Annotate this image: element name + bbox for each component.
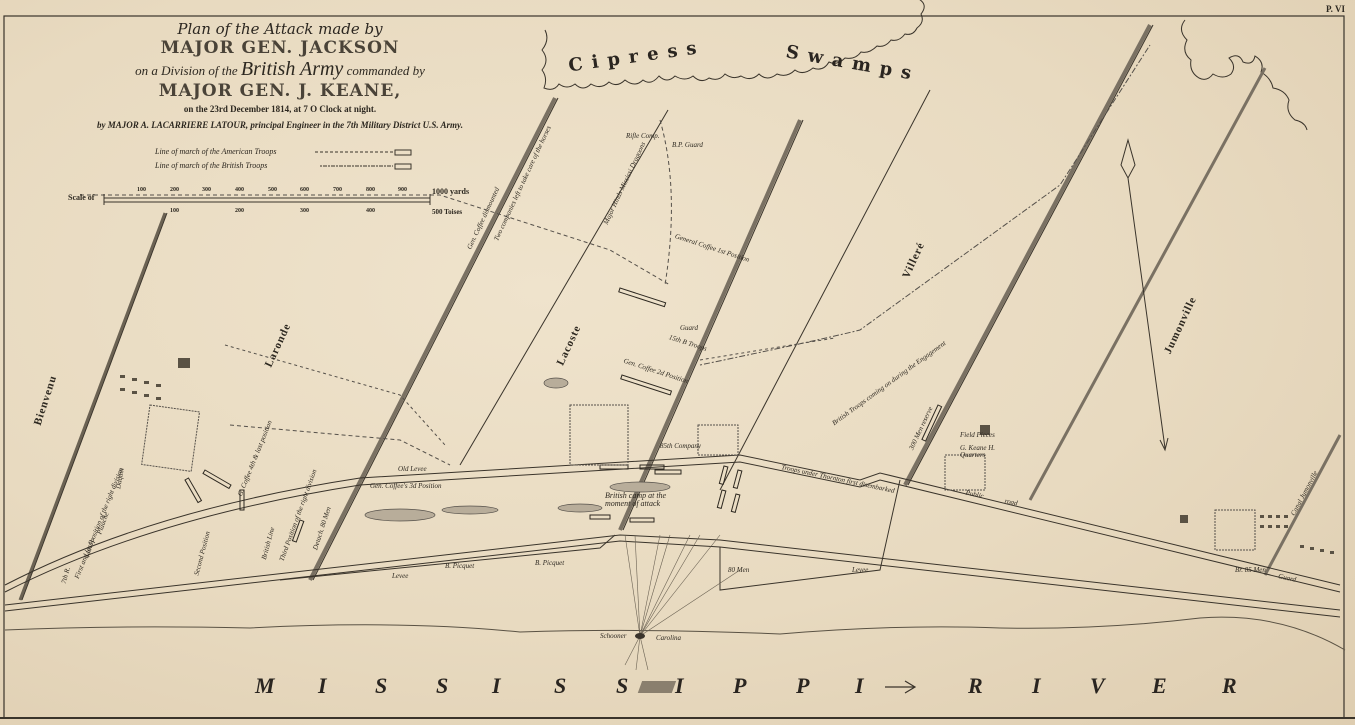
river-letter: P: [796, 675, 809, 697]
river-letter: S: [436, 675, 448, 697]
legend-british: Line of march of the British Troops: [155, 161, 267, 170]
note-80-men: 80 Men: [728, 567, 749, 574]
legend-american: Line of march of the American Troops: [155, 147, 276, 156]
note-schooner: Schooner: [600, 633, 626, 640]
north-arrow: [1121, 140, 1168, 450]
river-letter: S: [554, 675, 566, 697]
river-letter: S: [616, 675, 628, 697]
note-levee-left: Levee: [392, 573, 408, 580]
title-line-4: MAJOR GEN. J. KEANE,: [60, 81, 500, 101]
title-author: by MAJOR A. LACARRIERE LATOUR, principal…: [60, 120, 500, 130]
title-line-2: MAJOR GEN. JACKSON: [60, 38, 500, 58]
scale-yards-end: 1000 yards: [432, 187, 469, 196]
note-carolina: Carolina: [656, 635, 681, 642]
note-rifle-comp: Rifle Comp.: [626, 133, 659, 140]
plate-number: P. VI: [1326, 4, 1345, 14]
river-letter: R: [968, 675, 983, 697]
note-guard: Guard: [680, 325, 698, 332]
note-field-pieces: Field Pieces: [960, 432, 995, 439]
river-letter: I: [855, 675, 864, 697]
river-letter: I: [318, 675, 327, 697]
river-letter: I: [1032, 675, 1041, 697]
note-picquet-2: B. Picquet: [535, 560, 564, 567]
note-picquet-1: B. Picquet: [445, 563, 474, 570]
note-coffee-3rd: Gen. Coffee's 3d Position: [370, 483, 442, 490]
laronde-garden: [142, 405, 200, 471]
river-letter: S: [375, 675, 387, 697]
historical-battle-map: P. VI Plan of the Attack made by MAJOR G…: [0, 0, 1355, 725]
title-line-3: on a Division of the British Army comman…: [60, 58, 500, 81]
river-letter: E: [1152, 675, 1167, 697]
title-line-1: Plan of the Attack made by: [60, 20, 500, 38]
title-cartouche: Plan of the Attack made by MAJOR GEN. JA…: [60, 20, 500, 130]
note-br-85-men: Br. 85 Men: [1235, 567, 1266, 574]
schooner-carolina: [635, 633, 645, 639]
note-85th-company: 85th Company: [660, 443, 701, 450]
river-letter: I: [675, 675, 684, 697]
scale-toises-end: 500 Toises: [432, 208, 462, 216]
river-letter: I: [492, 675, 501, 697]
river-letter: P: [733, 675, 746, 697]
note-old-levee: Old Levee: [398, 466, 427, 473]
title-line-5: on the 23rd December 1814, at 7 O Clock …: [60, 104, 500, 114]
river-letter: V: [1090, 675, 1105, 697]
note-br-guard: B.P. Guard: [672, 142, 703, 149]
river-letter: R: [1222, 675, 1237, 697]
note-british-camp: British camp at the moment of attack: [605, 492, 675, 508]
river-letter: M: [255, 675, 275, 697]
note-keane-hq: G. Keane H. Quarters: [960, 445, 1020, 459]
scale-label: Scale of: [68, 193, 94, 202]
note-levee-right: Levee: [852, 567, 868, 574]
